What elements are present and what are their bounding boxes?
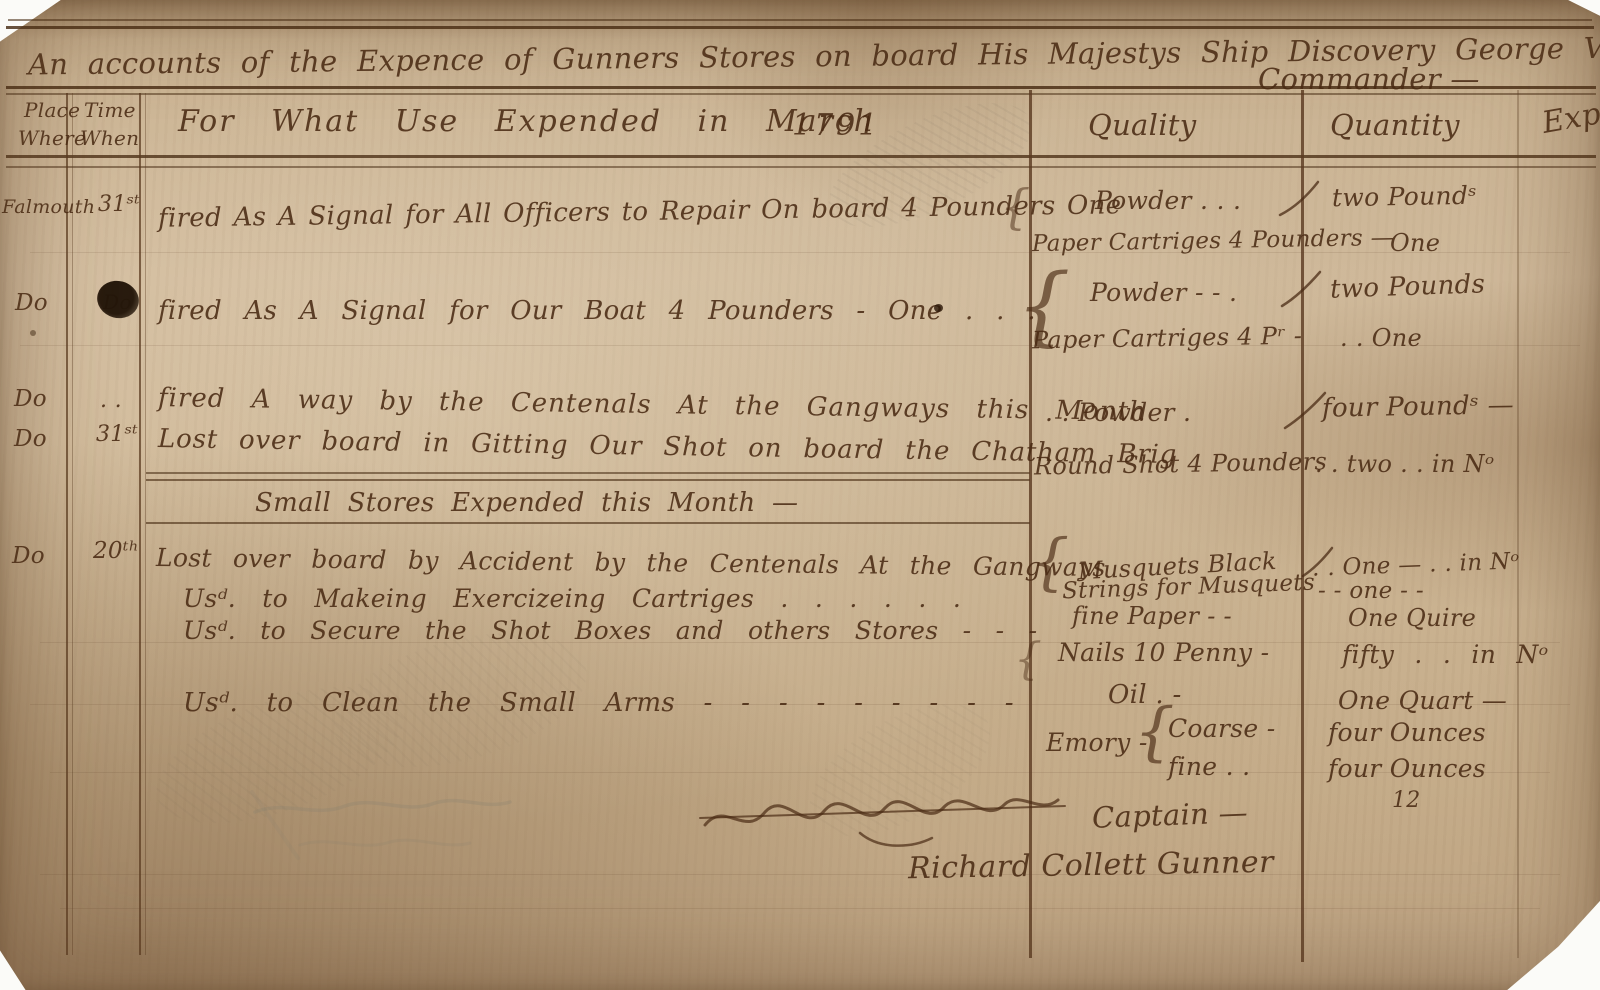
row-time: 20ᵗʰ	[93, 538, 139, 564]
divider-place-time-a	[66, 93, 68, 955]
col-time-line2: When	[80, 126, 139, 150]
row-time: 31ˢᵗ	[96, 422, 138, 447]
row-quantity: two Poundˢ	[1332, 181, 1477, 213]
col-quantity-header: Quantity	[1330, 108, 1460, 142]
ink-brace: {	[1000, 186, 1031, 229]
row-quantity: One	[1390, 229, 1440, 257]
crease-line	[60, 908, 1540, 909]
row-place: Do	[14, 426, 47, 452]
manuscript-paper	[0, 0, 1600, 990]
row-quantity: One Quart —	[1338, 686, 1507, 715]
row-quantity: . . two . . in Nᵒ	[1315, 450, 1494, 478]
row-quality: Nails 10 Penny -	[1058, 638, 1269, 667]
row-quantity: two Pounds	[1330, 269, 1486, 304]
row-quantity: four Ounces	[1328, 718, 1486, 747]
row-quantity: - - one - -	[1318, 578, 1424, 604]
ink-brace: {	[1014, 640, 1042, 680]
col-place-line1: Place	[24, 98, 80, 122]
divider-place-time-b	[72, 93, 73, 955]
rule-top-thin	[8, 19, 1592, 21]
col-time-line1: Time	[84, 98, 136, 122]
divider-quality-quantity	[1301, 90, 1304, 962]
rule-top-thick	[6, 26, 1594, 29]
row-quality: Powder . . .	[1095, 186, 1241, 215]
row-use: Usᵈ. to Clean the Small Arms - - - - - -…	[183, 688, 1014, 718]
row-quantity: One Quire	[1348, 604, 1476, 632]
row-quantity: fifty . . in Nᵒ	[1342, 640, 1548, 669]
row-use: fired As A Signal for Our Boat 4 Pounder…	[158, 296, 1036, 326]
commander-label: Commander —	[1258, 62, 1480, 96]
rule-subheader-bottom	[146, 522, 1030, 524]
col-year: 1791	[792, 108, 880, 143]
row-quality: Round Shot 4 Pounders	[1034, 447, 1328, 480]
row-quality: . . Powder .	[1045, 398, 1191, 427]
row-quality: fine Paper - -	[1072, 602, 1232, 630]
crease-line	[40, 874, 1560, 875]
divider-time-use-a	[139, 93, 141, 955]
row-quality: Coarse -	[1168, 714, 1275, 743]
row-place: Do	[14, 386, 47, 412]
row-place: Do	[12, 543, 45, 569]
row-place: Falmouth	[2, 196, 95, 218]
rule-subheader-top-2	[146, 479, 1030, 481]
row-quality: Paper Cartriges 4 Pʳ -	[1032, 322, 1303, 355]
crease-line	[50, 772, 1550, 773]
rule-under-colheads-1	[6, 155, 1596, 158]
tally-note: 12	[1392, 788, 1421, 813]
row-quality: Emory -	[1046, 728, 1148, 757]
row-use: Usᵈ. to Makeing Exercizeing Cartriges . …	[183, 584, 961, 613]
col-quality-header: Quality	[1088, 108, 1196, 142]
row-quality: fine . .	[1168, 752, 1250, 781]
subheader-small-stores: Small Stores Expended this Month —	[255, 488, 798, 518]
row-quantity: four Poundˢ —	[1322, 390, 1514, 423]
row-time: 31ˢᵗ	[98, 192, 140, 217]
captain-title: Captain —	[1091, 795, 1248, 834]
row-quality: Powder - - .	[1090, 278, 1237, 307]
divider-quantity-expd	[1517, 90, 1519, 958]
row-quantity: . . One	[1340, 324, 1422, 352]
rule-subheader-top-1	[146, 472, 1030, 474]
row-use: Usᵈ. to Secure the Shot Boxes and others…	[183, 616, 1037, 645]
gunner-signature: Richard Collett Gunner	[908, 845, 1274, 886]
row-time: Do	[103, 290, 132, 314]
row-quantity: four Ounces	[1328, 754, 1486, 783]
col-use-header: For What Use Expended in March	[178, 104, 875, 139]
crease-line	[30, 252, 1570, 253]
row-time: . .	[100, 388, 122, 413]
rule-under-colheads-2	[6, 166, 1596, 168]
row-place: Do	[15, 290, 48, 316]
divider-time-use-b	[145, 93, 146, 955]
col-place-line2: Where	[18, 126, 86, 150]
